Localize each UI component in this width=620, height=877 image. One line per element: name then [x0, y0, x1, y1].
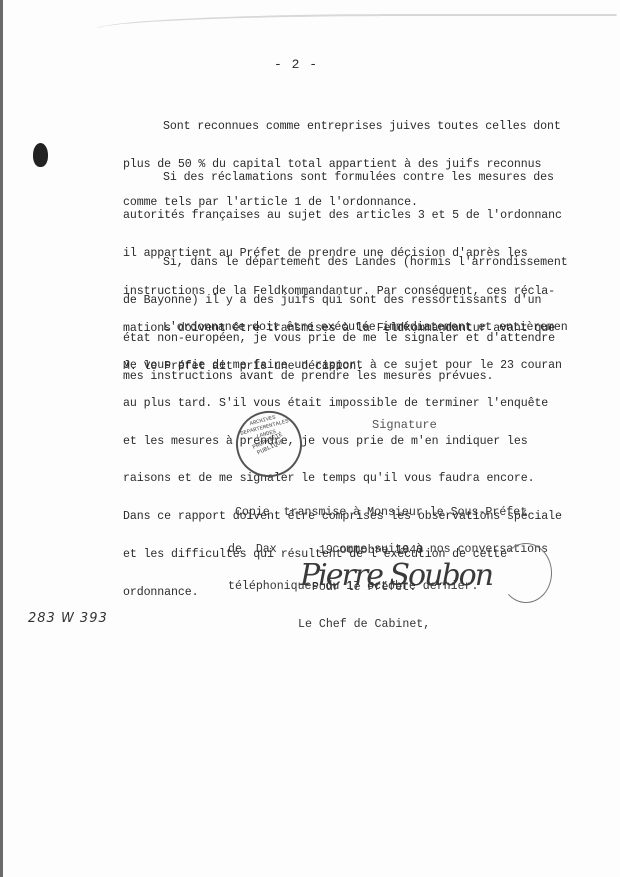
text-line: Sont reconnues comme entreprises juives …: [123, 121, 561, 134]
text-line: Si, dans le département des Landes (horm…: [123, 257, 568, 270]
text-line: autorités françaises au sujet des articl…: [123, 210, 562, 223]
closing-title: Le Chef de Cabinet,: [298, 619, 430, 631]
closing-date: 19 octobre 1940: [298, 545, 430, 557]
signature-label: Signature: [372, 418, 437, 432]
copy-note-line: Copie transmise à Monsieur le Sous-Préfe…: [228, 507, 548, 519]
punch-hole-mark: [33, 143, 48, 167]
signature-flourish: [500, 543, 552, 603]
text-line: au plus tard. S'il vous était impossible…: [123, 398, 568, 411]
page-fold-shadow: [93, 14, 617, 40]
page-number: - 2 -: [274, 57, 318, 72]
text-line: et les mesures à prendre, je vous prie d…: [123, 436, 568, 449]
text-line: L'ordonnance doit être exécutée immédiat…: [123, 322, 568, 335]
scan-edge: [0, 0, 3, 877]
handwritten-signature: Pierre Soubon: [300, 558, 492, 593]
archive-reference: 283 W 393: [28, 611, 108, 626]
text-line: Je vous prie de me faire un rapport à ce…: [123, 360, 568, 373]
text-line: Si des réclamations sont formulées contr…: [123, 172, 562, 185]
